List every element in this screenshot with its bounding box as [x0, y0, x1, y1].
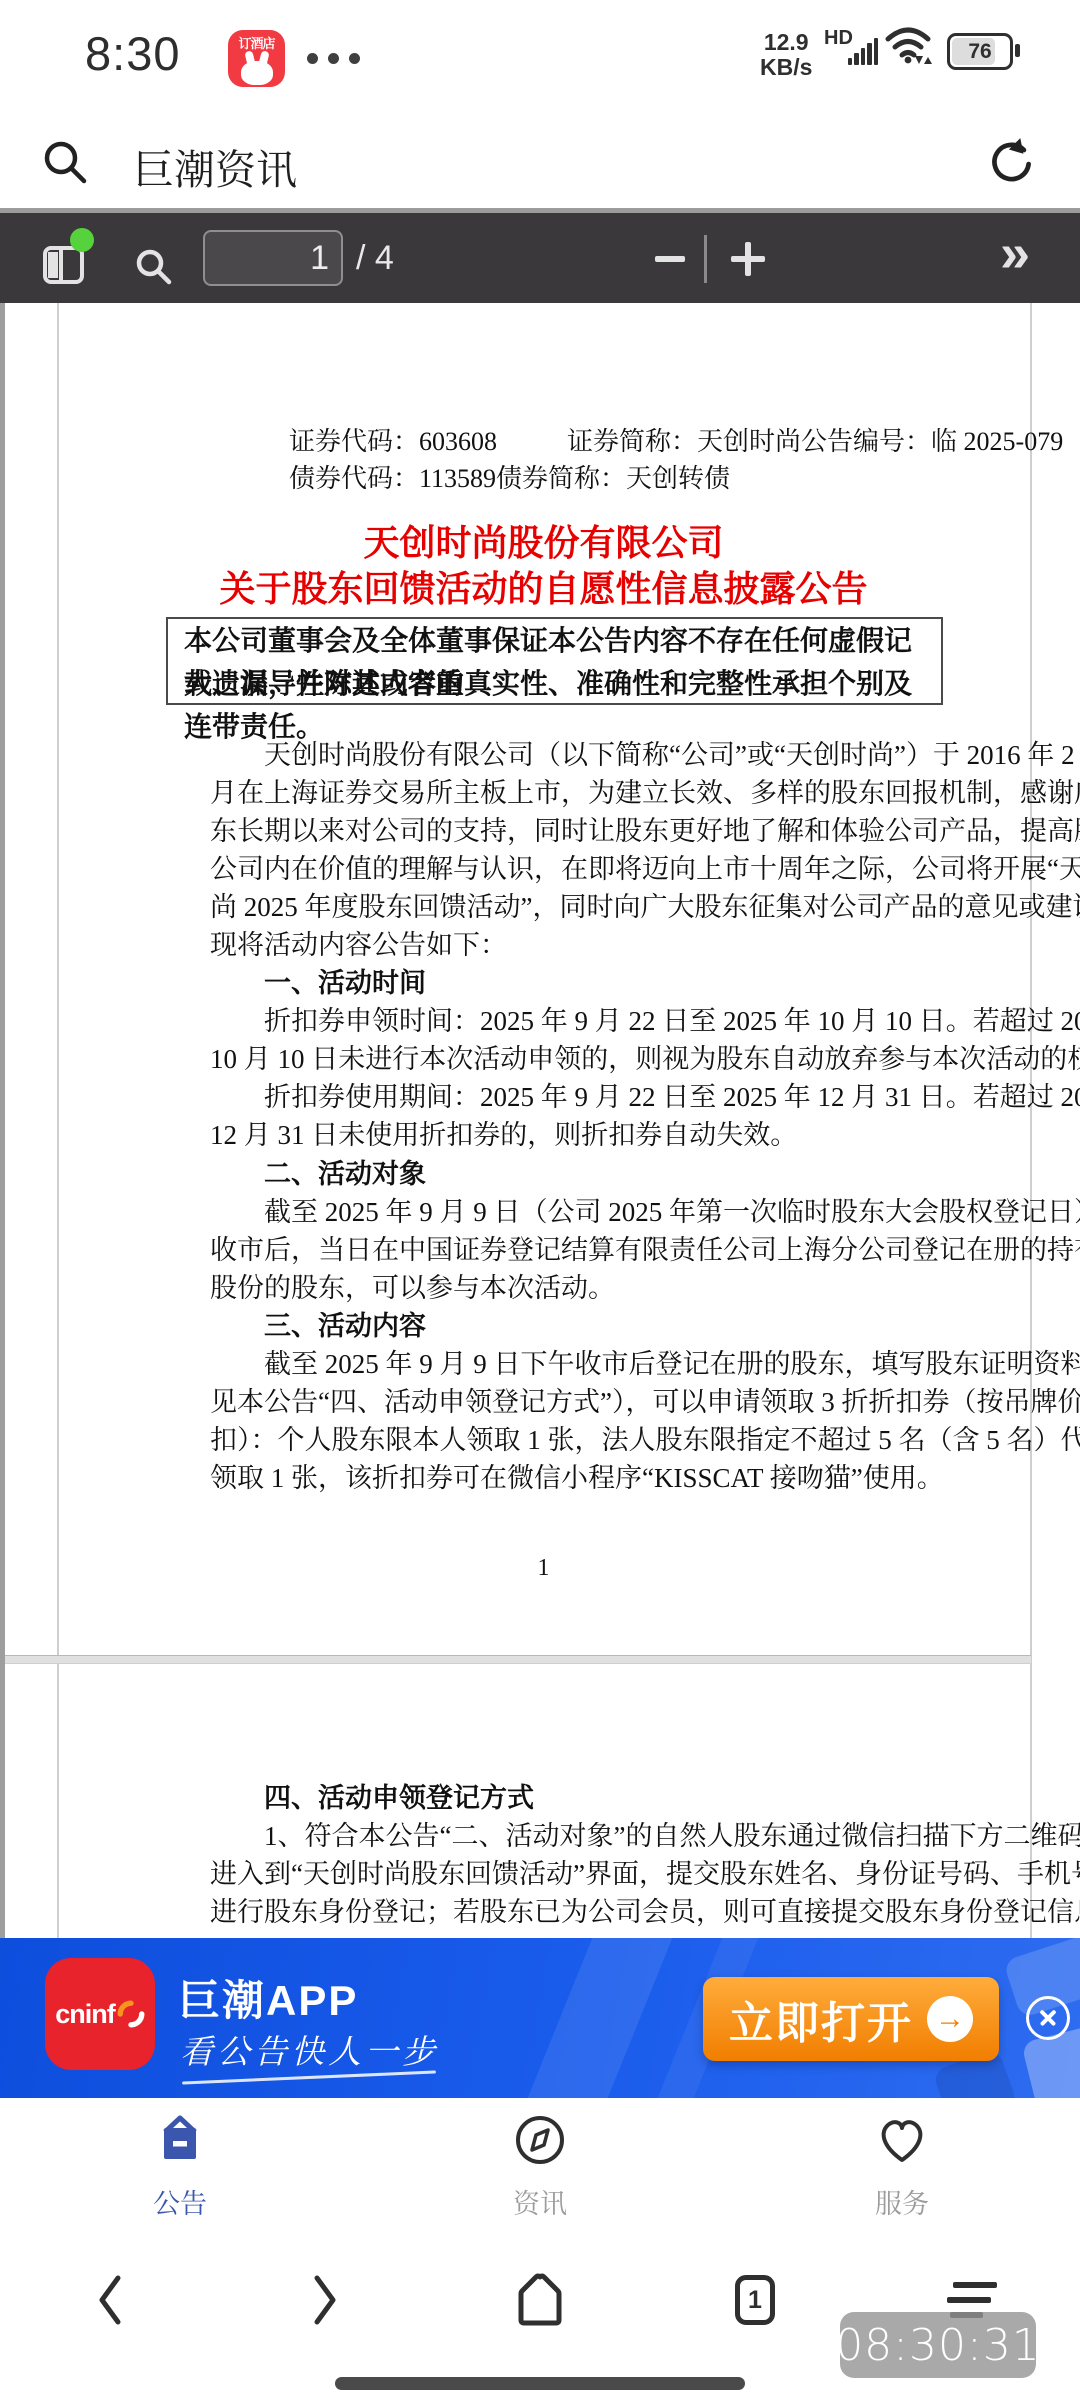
cninfo-swoosh-icon [117, 2000, 145, 2028]
document-text-line: 东长期以来对公司的支持，同时让股东更好地了解和体验公司产品，提高股东对 [210, 812, 916, 850]
security-code-line: 证券代码：603608证券简称：天创时尚公告编号：临 2025-079 [210, 424, 1063, 460]
document-text-line: 四、活动申领登记方式 [210, 1779, 916, 1817]
document-text-line: 二、活动对象 [210, 1155, 916, 1193]
document-text-line: 尚 2025 年度股东回馈活动”，同时向广大股东征集对公司产品的意见或建议。 [210, 888, 916, 926]
nav-item-announcements[interactable]: 公告 [100, 2098, 260, 2245]
sidebar-notification-dot [70, 228, 94, 252]
zoom-divider [704, 235, 707, 283]
document-text-line: 收市后，当日在中国证券登记结算有限责任公司上海分公司登记在册的持有公司 [210, 1231, 916, 1269]
page1-body: 天创时尚股份有限公司（以下简称“公司”或“天创时尚”）于 2016 年 2月在上… [210, 736, 916, 1497]
document-text-line: 1、符合本公告“二、活动对象”的自然人股东通过微信扫描下方二维码， [210, 1817, 916, 1855]
page-break-divider [5, 1655, 1031, 1664]
system-nav-bar: 1 08:30:31 [0, 2245, 1080, 2400]
viewer-edge-strip [0, 303, 5, 1938]
nav-label: 公告 [100, 2182, 260, 2221]
zoom-in-button[interactable] [731, 242, 765, 276]
status-bar: 8:30 订酒店 12.9 KB/s HD 76 [0, 0, 1080, 115]
document-text-line: 公司内在价值的理解与认识，在即将迈向上市十周年之际，公司将开展“天创时 [210, 850, 916, 888]
document-text-line: 进行股东身份登记；若股东已为公司会员，则可直接提交股东身份登记信息；若 [210, 1893, 916, 1931]
close-banner-icon[interactable] [1026, 1996, 1070, 2040]
page-total-label: / 4 [356, 239, 394, 278]
header-segment: 公告编号：临 2025-079 [801, 424, 1063, 460]
gesture-bar[interactable] [335, 2377, 745, 2390]
page-right-border [1030, 303, 1032, 1938]
header-segment: 债券代码：113589 [289, 461, 496, 497]
notification-app-icon: 订酒店 [228, 30, 285, 87]
battery-icon: 76 [947, 33, 1013, 70]
wifi-icon [884, 24, 932, 66]
toolbar-expand-icon[interactable]: » [1000, 222, 1030, 284]
bond-code-line: 债券代码：113589债券简称：天创转债 [210, 461, 730, 497]
browser-address-bar[interactable]: 巨潮资讯 [0, 115, 1080, 208]
nav-item-services[interactable]: 服务 [822, 2098, 982, 2245]
tabs-button[interactable]: 1 [725, 2270, 785, 2330]
promo-app-name: 巨潮APP [178, 1968, 358, 2028]
document-text-line: 一、活动时间 [210, 964, 916, 1002]
page-number-input[interactable] [203, 230, 343, 286]
announcement-icon [152, 2112, 208, 2168]
more-notifications-icon [307, 53, 360, 64]
tab-count: 1 [735, 2275, 775, 2325]
toolbar-top-strip [0, 208, 1080, 213]
statement-line: 本公司董事会及全体董事保证本公告内容不存在任何虚假记载、误导性陈述或者重 [184, 620, 925, 663]
zoom-out-button[interactable] [655, 256, 685, 262]
document-text-line: 扣）：个人股东限本人领取 1 张，法人股东限指定不超过 5 名（含 5 名）代表… [210, 1421, 916, 1459]
header-segment: 债券简称：天创转债 [496, 461, 730, 497]
home-button[interactable] [510, 2270, 570, 2330]
document-text-line: 股份的股东，可以参与本次活动。 [210, 1269, 916, 1307]
compass-icon [512, 2112, 568, 2168]
document-text-line: 现将活动内容公告如下： [210, 926, 916, 964]
app-badge-label: 订酒店 [228, 33, 285, 52]
document-text-line: 见本公告“四、活动申领登记方式”），可以申请领取 3 折折扣券（按吊牌价折 [210, 1383, 916, 1421]
document-text-line: 折扣券使用期间：2025 年 9 月 22 日至 2025 年 12 月 31 … [210, 1078, 916, 1116]
document-text-line: 折扣券申领时间：2025 年 9 月 22 日至 2025 年 10 月 10 … [210, 1002, 916, 1040]
cninfo-logo-text: cninf [55, 1999, 115, 2030]
network-speed: 12.9 KB/s [760, 30, 812, 80]
header-segment: 证券简称：天创时尚 [567, 424, 801, 460]
promo-slogan: 看公告快人一步 [180, 2026, 439, 2073]
announcement-title: 关于股东回馈活动的自愿性信息披露公告 [57, 561, 1030, 612]
nav-label: 资讯 [460, 2182, 620, 2221]
document-text-line: 10 月 10 日未进行本次活动申领的，则视为股东自动放弃参与本次活动的权利。 [210, 1040, 916, 1078]
heart-icon [874, 2112, 930, 2168]
back-button[interactable] [80, 2270, 140, 2330]
pdf-document-area[interactable]: 证券代码：603608证券简称：天创时尚公告编号：临 2025-079 债券代码… [0, 303, 1080, 1938]
document-text-line: 三、活动内容 [210, 1307, 916, 1345]
phone-screen: 8:30 订酒店 12.9 KB/s HD 76 [0, 0, 1080, 2400]
arrow-circle-icon: → [927, 1996, 973, 2042]
app-promo-banner[interactable]: cninf 巨潮APP 看公告快人一步 立即打开 → [0, 1938, 1080, 2098]
nav-item-news[interactable]: 资讯 [460, 2098, 620, 2245]
header-segment: 证券代码：603608 [289, 424, 497, 460]
cell-signal-icon [848, 38, 878, 65]
board-statement-box: 本公司董事会及全体董事保证本公告内容不存在任何虚假记载、误导性陈述或者重大遗漏，… [166, 617, 943, 705]
rabbit-mascot-icon [241, 61, 273, 85]
pdf-search-icon[interactable] [133, 246, 175, 288]
page1-number: 1 [57, 1555, 1030, 1582]
page-title[interactable]: 巨潮资讯 [133, 137, 297, 196]
document-text-line: 截至 2025 年 9 月 9 日（公司 2025 年第一次临时股东大会股权登记… [210, 1193, 916, 1231]
battery-percent: 76 [950, 36, 1010, 67]
status-time: 8:30 [85, 26, 180, 81]
document-text-line: 天创时尚股份有限公司（以下简称“公司”或“天创时尚”）于 2016 年 2 [210, 736, 916, 774]
app-bottom-nav: 公告 资讯 服务 [0, 2098, 1080, 2245]
company-title: 天创时尚股份有限公司 [57, 515, 1030, 566]
clock-overlay: 08:30:31 [840, 2312, 1036, 2378]
cninfo-logo: cninf [45, 1958, 155, 2070]
pdf-toolbar: / 4 » [0, 208, 1080, 303]
document-text-line: 12 月 31 日未使用折扣券的，则折扣券自动失效。 [210, 1116, 916, 1154]
statement-line: 大遗漏，并对其内容的真实性、准确性和完整性承担个别及连带责任。 [184, 663, 925, 706]
document-text-line: 进入到“天创时尚股东回馈活动”界面，提交股东姓名、身份证号码、手机号码 [210, 1855, 916, 1893]
open-app-button[interactable]: 立即打开 → [703, 1977, 999, 2061]
page2-body: 四、活动申领登记方式1、符合本公告“二、活动对象”的自然人股东通过微信扫描下方二… [210, 1779, 916, 1931]
refresh-icon[interactable] [985, 135, 1039, 189]
document-text-line: 领取 1 张，该折扣券可在微信小程序“KISSCAT 接吻猫”使用。 [210, 1459, 916, 1497]
search-icon [40, 137, 92, 189]
document-text-line: 截至 2025 年 9 月 9 日下午收市后登记在册的股东，填写股东证明资料（详 [210, 1345, 916, 1383]
forward-button[interactable] [295, 2270, 355, 2330]
open-app-label: 立即打开 [729, 1987, 913, 2051]
document-text-line: 月在上海证券交易所主板上市，为建立长效、多样的股东回报机制，感谢广大股 [210, 774, 916, 812]
nav-label: 服务 [822, 2182, 982, 2221]
